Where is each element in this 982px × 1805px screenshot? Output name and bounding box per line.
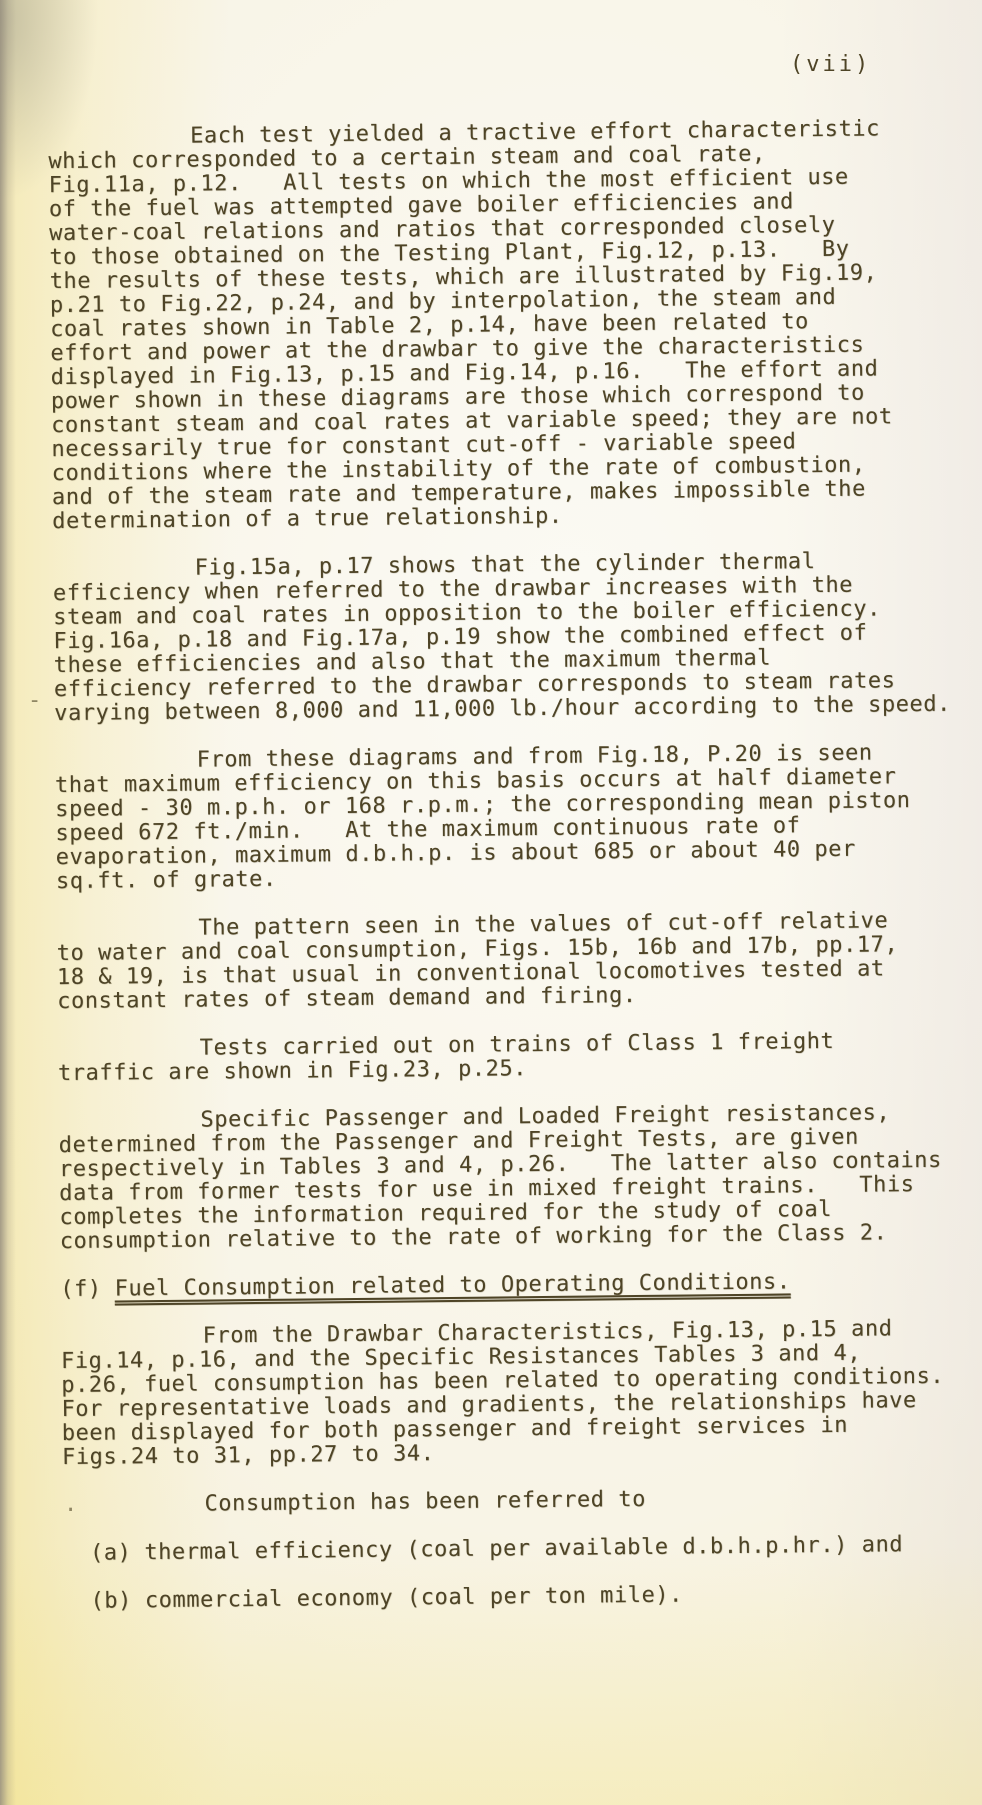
paragraph: Fig.15a, p.17 shows that the cylinder th…: [53, 549, 959, 726]
paragraph: From these diagrams and from Fig.18, P.2…: [55, 741, 960, 894]
list-item: (b)commercial economy (coal per ton mile…: [90, 1581, 967, 1614]
list-item-text: thermal efficiency (coal per available d…: [144, 1532, 903, 1565]
document-page: (vii) Each test yielded a tractive effor…: [0, 0, 982, 1805]
document-body: Each test yielded a tractive effort char…: [0, 0, 982, 1615]
section-heading: (f)Fuel Consumption related to Operating…: [60, 1269, 964, 1302]
stray-mark: -: [28, 688, 41, 713]
section-heading-title: Fuel Consumption related to Operating Co…: [115, 1269, 791, 1301]
stray-mark: .: [64, 1492, 77, 1517]
list-item-text: commercial economy (coal per ton mile).: [145, 1583, 683, 1614]
list-item-label: (b): [90, 1588, 132, 1613]
paragraph: Tests carried out on trains of Class 1 f…: [58, 1029, 962, 1086]
paragraph: Each test yielded a tractive effort char…: [48, 117, 956, 534]
list-item-label: (a): [90, 1540, 132, 1565]
paragraph: From the Drawbar Characteristics, Fig.13…: [61, 1317, 966, 1470]
text-line: Consumption has been referred to: [62, 1485, 966, 1518]
paragraph: Specific Passenger and Loaded Freight re…: [58, 1101, 963, 1254]
paragraph: Consumption has been referred to: [62, 1485, 966, 1518]
section-heading-prefix: (f): [60, 1277, 102, 1302]
list-item: (a)thermal efficiency (coal per availabl…: [90, 1533, 967, 1566]
paragraph: The pattern seen in the values of cut-of…: [56, 909, 961, 1014]
